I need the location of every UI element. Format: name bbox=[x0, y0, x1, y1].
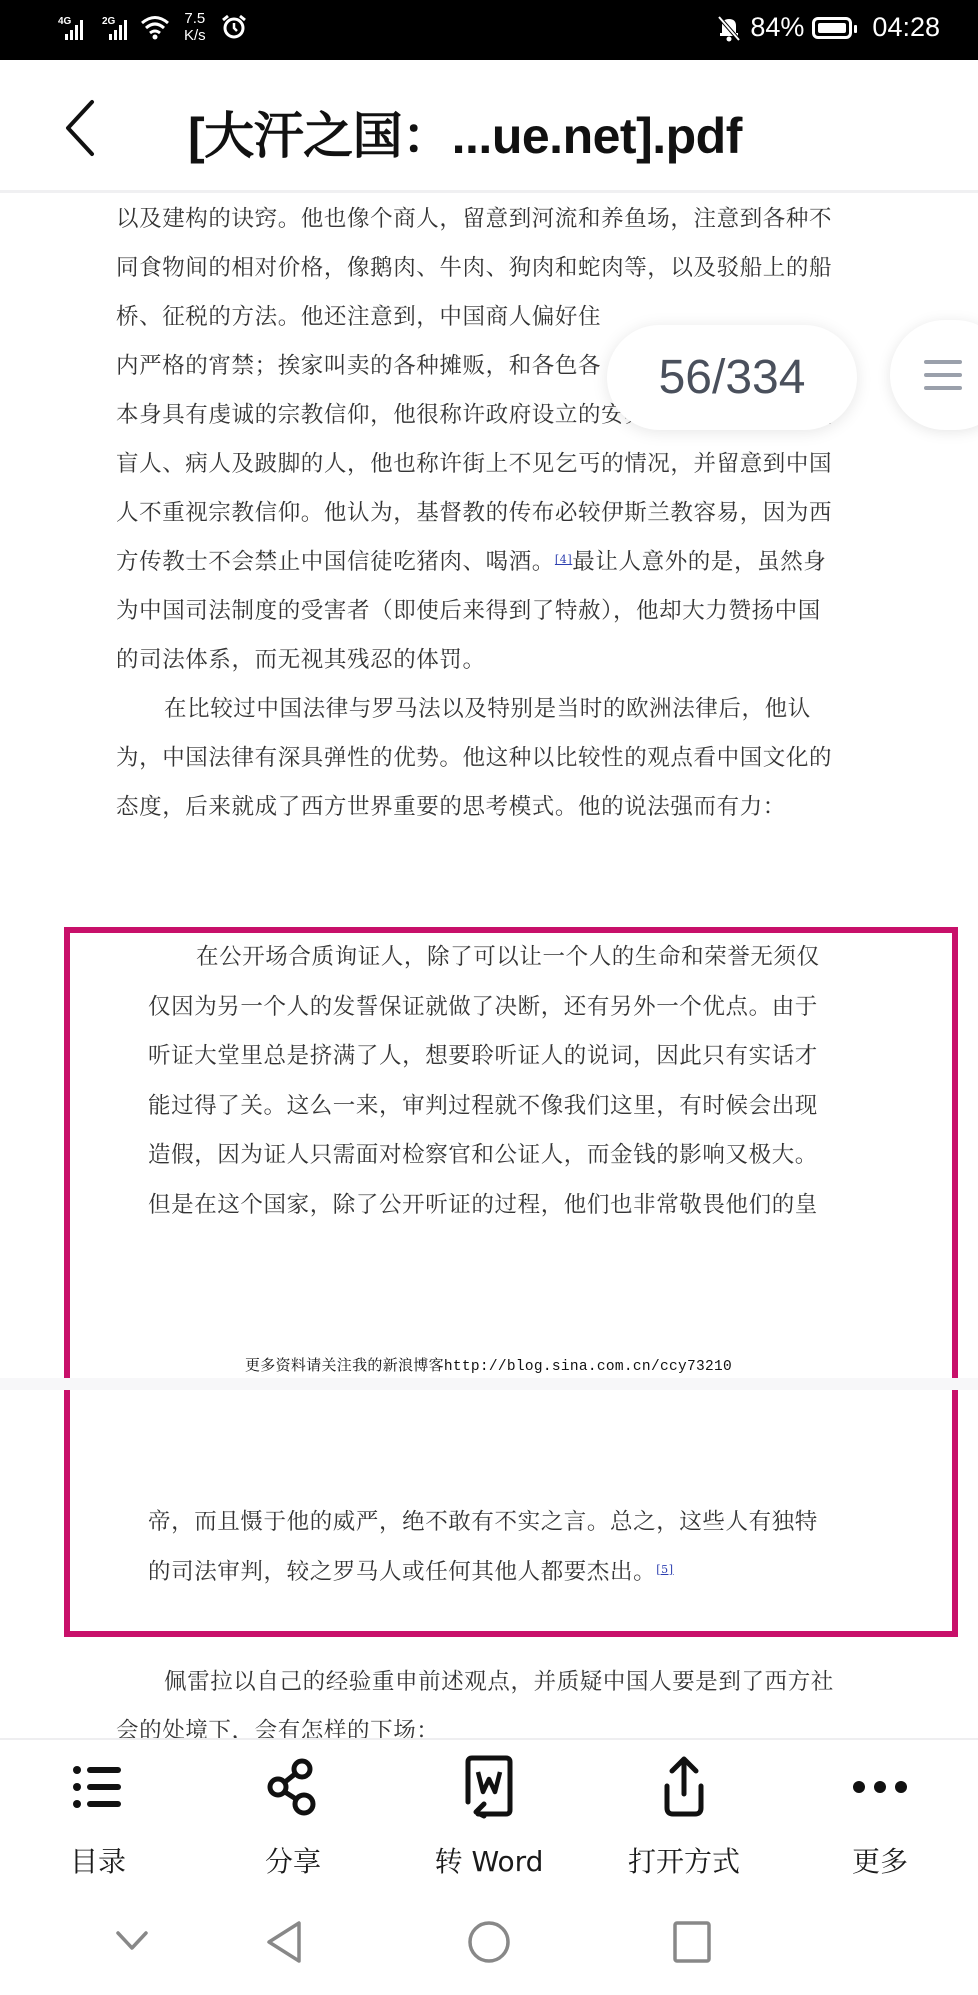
battery-percent: 84% bbox=[750, 12, 804, 43]
text-line: 造假，因为证人只需面对检察官和公证人，而金钱的影响又极大。 bbox=[148, 1131, 848, 1181]
word-convert-icon bbox=[454, 1752, 524, 1822]
network-speed: 7.5 K/s bbox=[184, 10, 206, 44]
text-line: 以及建构的诀窍。他也像个商人，留意到河流和养鱼场，注意到各种不 bbox=[116, 195, 861, 244]
chevron-left-icon bbox=[60, 98, 100, 158]
convert-word-label: 转 Word bbox=[414, 1840, 564, 1880]
text-line: 在公开场合质询证人，除了可以让一个人的生命和荣誉无须仅 bbox=[148, 933, 848, 983]
footer-text: 更多资料请关注我的新浪博客 bbox=[245, 1357, 444, 1374]
open-with-button[interactable]: 打开方式 bbox=[609, 1752, 759, 1880]
text-line: 为，中国法律有深具弹性的优势。他这种以比较性的观点看中国文化的 bbox=[116, 734, 861, 783]
page-footer-watermark: 更多资料请关注我的新浪博客http://blog.sina.com.cn/ccy… bbox=[245, 1354, 732, 1375]
text-line: 但是在这个国家，除了公开听证的过程，他们也非常敬畏他们的皇 bbox=[148, 1181, 848, 1231]
more-icon bbox=[845, 1752, 915, 1822]
pdf-viewer[interactable]: 以及建构的诀窍。他也像个商人，留意到河流和养鱼场，注意到各种不 同食物间的相对价… bbox=[0, 193, 978, 1738]
text-line: 人不重视宗教信仰。他认为，基督教的传布必较伊斯兰教容易，因为西 bbox=[116, 489, 861, 538]
text-line: 为中国司法制度的受害者（即使后来得到了特赦），他却大力赞扬中国 bbox=[116, 587, 861, 636]
status-right: 84% 04:28 bbox=[716, 12, 940, 43]
toc-button[interactable]: 目录 bbox=[23, 1752, 173, 1880]
block-quote-page-1: 在公开场合质询证人，除了可以让一个人的生命和荣誉无须仅 仅因为另一个人的发誓保证… bbox=[148, 933, 848, 1230]
text-line: 佩雷拉以自己的经验重申前述观点，并质疑中国人要是到了西方社 bbox=[116, 1658, 861, 1707]
share-label: 分享 bbox=[218, 1840, 368, 1880]
paragraph-3: 佩雷拉以自己的经验重申前述观点，并质疑中国人要是到了西方社 会的处境下，会有怎样… bbox=[116, 1658, 861, 1738]
nav-recents-icon[interactable] bbox=[672, 1920, 712, 1964]
system-nav-bar bbox=[0, 1878, 978, 1995]
text-line: 能过得了关。这么一来，审判过程就不像我们这里，有时候会出现 bbox=[148, 1082, 848, 1132]
footnote-link-4[interactable]: [4] bbox=[555, 553, 572, 566]
status-bar: 4G 2G 7.5 K/s 84% bbox=[0, 0, 978, 60]
signal-2g-icon: 2G bbox=[102, 14, 132, 40]
page-separator bbox=[0, 1378, 978, 1390]
footnote-link-5[interactable]: [5] bbox=[656, 1563, 673, 1576]
text-line: 在比较过中国法律与罗马法以及特别是当时的欧洲法律后，他认 bbox=[116, 685, 861, 734]
network-speed-unit: K/s bbox=[184, 27, 206, 44]
paragraph-1: 以及建构的诀窍。他也像个商人，留意到河流和养鱼场，注意到各种不 同食物间的相对价… bbox=[116, 195, 861, 685]
page-indicator[interactable]: 56/334 bbox=[607, 325, 857, 430]
share-icon bbox=[258, 1752, 328, 1822]
open-with-label: 打开方式 bbox=[609, 1840, 759, 1880]
text-line: 态度，后来就成了西方世界重要的思考模式。他的说法强而有力： bbox=[116, 783, 861, 832]
bottom-toolbar: 目录 分享 转 Word 打开方式 更多 bbox=[0, 1738, 978, 1880]
alarm-icon bbox=[220, 13, 248, 41]
status-left: 4G 2G 7.5 K/s bbox=[58, 10, 248, 44]
open-with-icon bbox=[649, 1752, 719, 1822]
text-segment: 最让人意外的是，虽然身 bbox=[572, 549, 826, 575]
more-button[interactable]: 更多 bbox=[805, 1752, 955, 1880]
bell-muted-icon bbox=[716, 14, 742, 42]
battery-icon bbox=[812, 17, 852, 39]
paragraph-2: 在比较过中国法律与罗马法以及特别是当时的欧洲法律后，他认 为，中国法律有深具弹性… bbox=[116, 685, 861, 832]
more-label: 更多 bbox=[805, 1840, 955, 1880]
clock: 04:28 bbox=[872, 12, 940, 43]
text-line: 听证大堂里总是挤满了人，想要聆听证人的说词，因此只有实话才 bbox=[148, 1032, 848, 1082]
network-speed-value: 7.5 bbox=[184, 10, 206, 27]
text-line: 仅因为另一个人的发誓保证就做了决断，还有另外一个优点。由于 bbox=[148, 983, 848, 1033]
toc-label: 目录 bbox=[23, 1840, 173, 1880]
text-segment: 的司法审判，较之罗马人或任何其他人都要杰出。 bbox=[148, 1559, 656, 1585]
block-quote-page-2: 帝，而且慑于他的威严，绝不敢有不实之言。总之，这些人有独特 的司法审判，较之罗马… bbox=[148, 1498, 848, 1597]
text-line: 会的处境下，会有怎样的下场： bbox=[116, 1707, 861, 1738]
nav-home-icon[interactable] bbox=[467, 1920, 511, 1964]
text-line: 帝，而且慑于他的威严，绝不敢有不实之言。总之，这些人有独特 bbox=[148, 1498, 848, 1548]
hide-keyboard-icon[interactable] bbox=[115, 1930, 149, 1952]
signal-4g-icon: 4G bbox=[58, 14, 88, 40]
footer-url: http://blog.sina.com.cn/ccy73210 bbox=[444, 1359, 732, 1375]
text-line: 方传教士不会禁止中国信徒吃猪肉、喝酒。[4]最让人意外的是，虽然身 bbox=[116, 538, 861, 587]
document-title: [大汗之国：...ue.net].pdf bbox=[188, 96, 742, 168]
text-segment: 方传教士不会禁止中国信徒吃猪肉、喝酒。 bbox=[116, 549, 555, 575]
share-button[interactable]: 分享 bbox=[218, 1752, 368, 1880]
text-line: 的司法审判，较之罗马人或任何其他人都要杰出。[5] bbox=[148, 1548, 848, 1598]
list-icon bbox=[63, 1752, 133, 1822]
nav-back-icon[interactable] bbox=[265, 1920, 305, 1964]
text-line: 盲人、病人及跛脚的人，他也称许街上不见乞丐的情况，并留意到中国 bbox=[116, 440, 861, 489]
wifi-icon bbox=[140, 14, 170, 40]
back-button[interactable] bbox=[60, 98, 110, 158]
app-header: [大汗之国：...ue.net].pdf bbox=[0, 60, 978, 193]
convert-word-button[interactable]: 转 Word bbox=[414, 1752, 564, 1880]
text-line: 同食物间的相对价格，像鹅肉、牛肉、狗肉和蛇肉等，以及驳船上的船 bbox=[116, 244, 861, 293]
text-line: 的司法体系，而无视其残忍的体罚。 bbox=[116, 636, 861, 685]
signal-4g-label: 4G bbox=[58, 16, 71, 27]
signal-2g-label: 2G bbox=[102, 16, 115, 27]
